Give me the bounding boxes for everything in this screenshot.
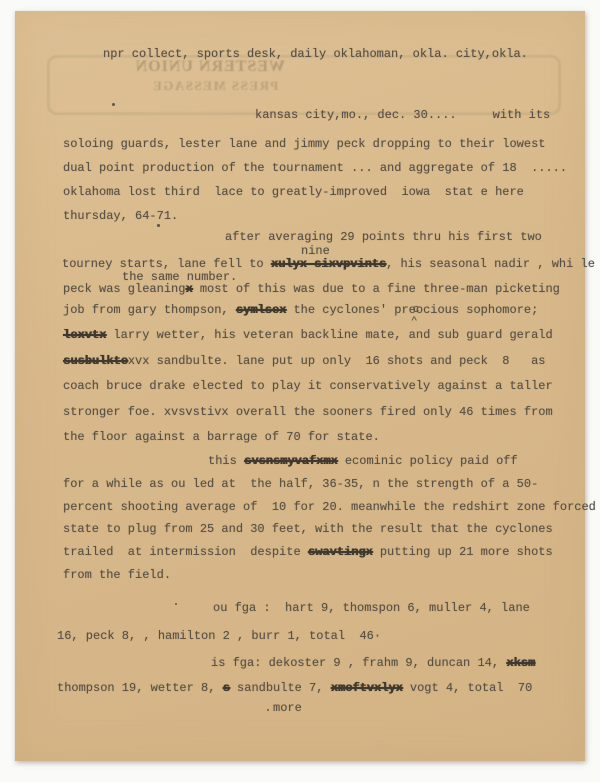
- ink-speck: [175, 603, 177, 605]
- overstruck-text: x: [185, 282, 192, 296]
- text-line: after averaging 29 points thru his first…: [225, 230, 542, 244]
- overstruck-text: symlsex: [236, 303, 286, 317]
- text-line: percent shooting average of 10 for 20. m…: [63, 500, 596, 514]
- text-line: for a while as ou led at the half, 36-35…: [63, 477, 538, 491]
- text-line: job from gary thompson, symlsex the cycl…: [63, 303, 538, 317]
- overstruck-text: svsnsmyvafxmx: [244, 454, 338, 468]
- text-line: more: [273, 701, 302, 715]
- text-line: from the field.: [63, 568, 171, 582]
- text-line: lexvtx larry wetter, his veteran backlin…: [63, 328, 553, 342]
- text-line: this svsnsmyvafxmx ecominic policy paid …: [208, 454, 518, 468]
- text-line: susbulktexvx sandbulte. lane put up only…: [63, 354, 545, 368]
- text-line: state to plug from 25 and 30 feet, with …: [63, 522, 553, 536]
- text-line: is fga: dekoster 9 , frahm 9, duncan 14,…: [211, 656, 535, 670]
- overstruck-text: xulyx sixvpvints: [271, 257, 386, 271]
- overstruck-text: susbulkte: [63, 354, 128, 368]
- text-line: the floor against a barrage of 70 for st…: [63, 430, 380, 444]
- text-line: peck was gleaningx most of this was due …: [63, 282, 560, 296]
- text-line: thursday, 64-71.: [63, 209, 178, 223]
- overstruck-text: xmoftvxlyx: [331, 681, 403, 695]
- ink-speck: [157, 224, 160, 227]
- ink-speck: [267, 709, 269, 711]
- scan-background: WESTERN UNION PRESS MESSAGE npr collect,…: [0, 0, 600, 782]
- text-line: tourney starts, lane fell to xulyx sixvp…: [62, 257, 595, 271]
- text-line: coach bruce drake elected to play it con…: [63, 379, 553, 393]
- press-message-paper: WESTERN UNION PRESS MESSAGE npr collect,…: [15, 11, 585, 761]
- text-line: oklahoma lost third lace to greatly-impr…: [63, 185, 524, 199]
- overstruck-text: lexvtx: [63, 328, 106, 342]
- text-line: 16, peck 8, , hamilton 2 , burr 1, total…: [57, 629, 381, 643]
- text-line: npr collect, sports desk, daily oklahoma…: [103, 47, 528, 61]
- text-line: thompson 19, wetter 8, s sandbulte 7, xm…: [57, 681, 532, 695]
- text-line: trailed at intermission despite swavting…: [63, 545, 553, 559]
- typed-text: npr collect, sports desk, daily oklahoma…: [15, 11, 585, 761]
- overstruck-text: swavtingx: [308, 545, 373, 559]
- overstruck-text: xksm: [506, 656, 535, 670]
- text-line: nine: [301, 244, 330, 258]
- overstruck-text: s: [223, 681, 230, 695]
- text-line: stronger foe. xvsvstivx overall the soon…: [63, 405, 553, 419]
- text-line: soloing guards, lester lane and jimmy pe…: [63, 137, 545, 151]
- ink-speck: [112, 103, 115, 106]
- text-line: kansas city,mo., dec. 30.... with its: [255, 108, 550, 122]
- text-line: dual point production of the tournament …: [63, 161, 567, 175]
- text-line: ou fga : hart 9, thomspon 6, muller 4, l…: [213, 601, 530, 615]
